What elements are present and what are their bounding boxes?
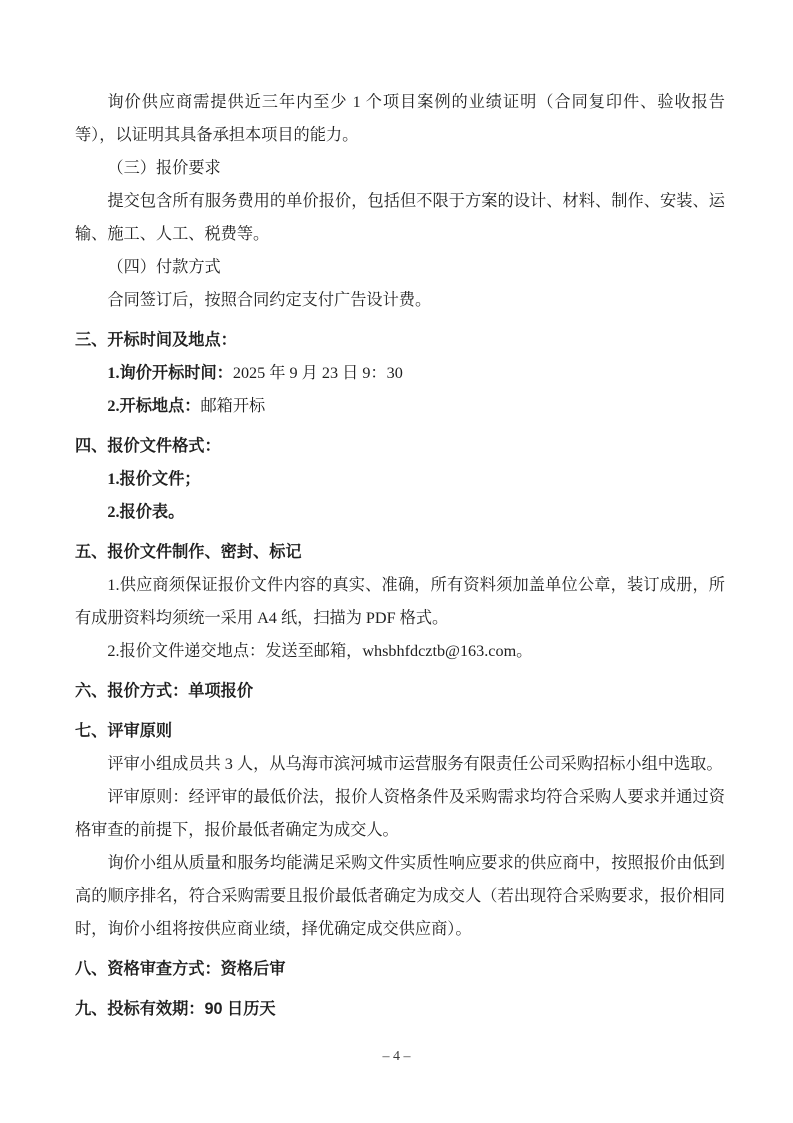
text-segment: 2025 年 9 月 23 日 9：30 [233,364,403,382]
paragraph: 1.询价开标时间：2025 年 9 月 23 日 9：30 [75,357,725,390]
section-heading: 三、开标时间及地点： [75,324,725,357]
text-segment: 七、评审原则 [75,722,172,740]
text-segment: 八、资格审查方式：资格后审 [75,960,285,978]
section-heading: 九、投标有效期：90 日历天 [75,993,725,1026]
page-footer: – 4 – [0,1046,793,1068]
text-segment: 2.开标地点： [107,397,200,415]
paragraph: 2.开标地点：邮箱开标 [75,390,725,423]
text-segment: 五、报价文件制作、密封、标记 [75,543,302,561]
document-page: 询价供应商需提供近三年内至少 1 个项目案例的业绩证明（合同复印件、验收报告等）… [0,0,793,1123]
paragraph: （四）付款方式 [75,251,725,284]
text-segment: 提交包含所有服务费用的单价报价，包括但不限于方案的设计、材料、制作、安装、运输、… [75,192,725,243]
paragraph: 提交包含所有服务费用的单价报价，包括但不限于方案的设计、材料、制作、安装、运输、… [75,185,725,251]
paragraph: 评审小组成员共 3 人，从乌海市滨河城市运营服务有限责任公司采购招标小组中选取。 [75,748,725,781]
paragraph: 询价小组从质量和服务均能满足采购文件实质性响应要求的供应商中，按照报价由低到高的… [75,847,725,946]
text-segment: 2.报价表。 [107,503,184,521]
page-number: – 4 – [383,1049,411,1064]
section-heading: 四、报价文件格式： [75,430,725,463]
paragraph: （三）报价要求 [75,152,725,185]
text-segment: 1.供应商须保证报价文件内容的真实、准确，所有资料须加盖单位公章，装订成册，所有… [75,576,725,627]
paragraph: 1.报价文件； [75,463,725,496]
paragraph: 合同签订后，按照合同约定支付广告设计费。 [75,284,725,317]
text-segment: 合同签订后，按照合同约定支付广告设计费。 [107,291,431,309]
text-segment: 六、报价方式：单项报价 [75,682,253,700]
section-heading: 七、评审原则 [75,715,725,748]
text-segment: （四）付款方式 [107,258,220,276]
paragraph: 1.供应商须保证报价文件内容的真实、准确，所有资料须加盖单位公章，装订成册，所有… [75,569,725,635]
text-segment: 四、报价文件格式： [75,437,221,455]
text-segment: 九、投标有效期：90 日历天 [75,1000,276,1018]
text-segment: 2.报价文件递交地点：发送至邮箱，whsbhfdcztb@163.com。 [107,642,532,660]
paragraph: 评审原则：经评审的最低价法，报价人资格条件及采购需求均符合采购人要求并通过资格审… [75,781,725,847]
section-heading: 八、资格审查方式：资格后审 [75,953,725,986]
document-body: 询价供应商需提供近三年内至少 1 个项目案例的业绩证明（合同复印件、验收报告等）… [75,86,725,1026]
text-segment: 1.询价开标时间： [107,364,232,382]
paragraph: 2.报价表。 [75,496,725,529]
paragraph: 询价供应商需提供近三年内至少 1 个项目案例的业绩证明（合同复印件、验收报告等）… [75,86,725,152]
text-segment: 三、开标时间及地点： [75,331,237,349]
section-heading: 五、报价文件制作、密封、标记 [75,536,725,569]
text-segment: （三）报价要求 [107,159,220,177]
text-segment: 1.报价文件； [107,470,200,488]
text-segment: 询价小组从质量和服务均能满足采购文件实质性响应要求的供应商中，按照报价由低到高的… [75,854,725,938]
text-segment: 询价供应商需提供近三年内至少 1 个项目案例的业绩证明（合同复印件、验收报告等）… [75,93,725,144]
text-segment: 评审小组成员共 3 人，从乌海市滨河城市运营服务有限责任公司采购招标小组中选取。 [107,755,722,773]
paragraph: 2.报价文件递交地点：发送至邮箱，whsbhfdcztb@163.com。 [75,635,725,668]
section-heading: 六、报价方式：单项报价 [75,675,725,708]
text-segment: 评审原则：经评审的最低价法，报价人资格条件及采购需求均符合采购人要求并通过资格审… [75,788,725,839]
text-segment: 邮箱开标 [200,397,265,415]
